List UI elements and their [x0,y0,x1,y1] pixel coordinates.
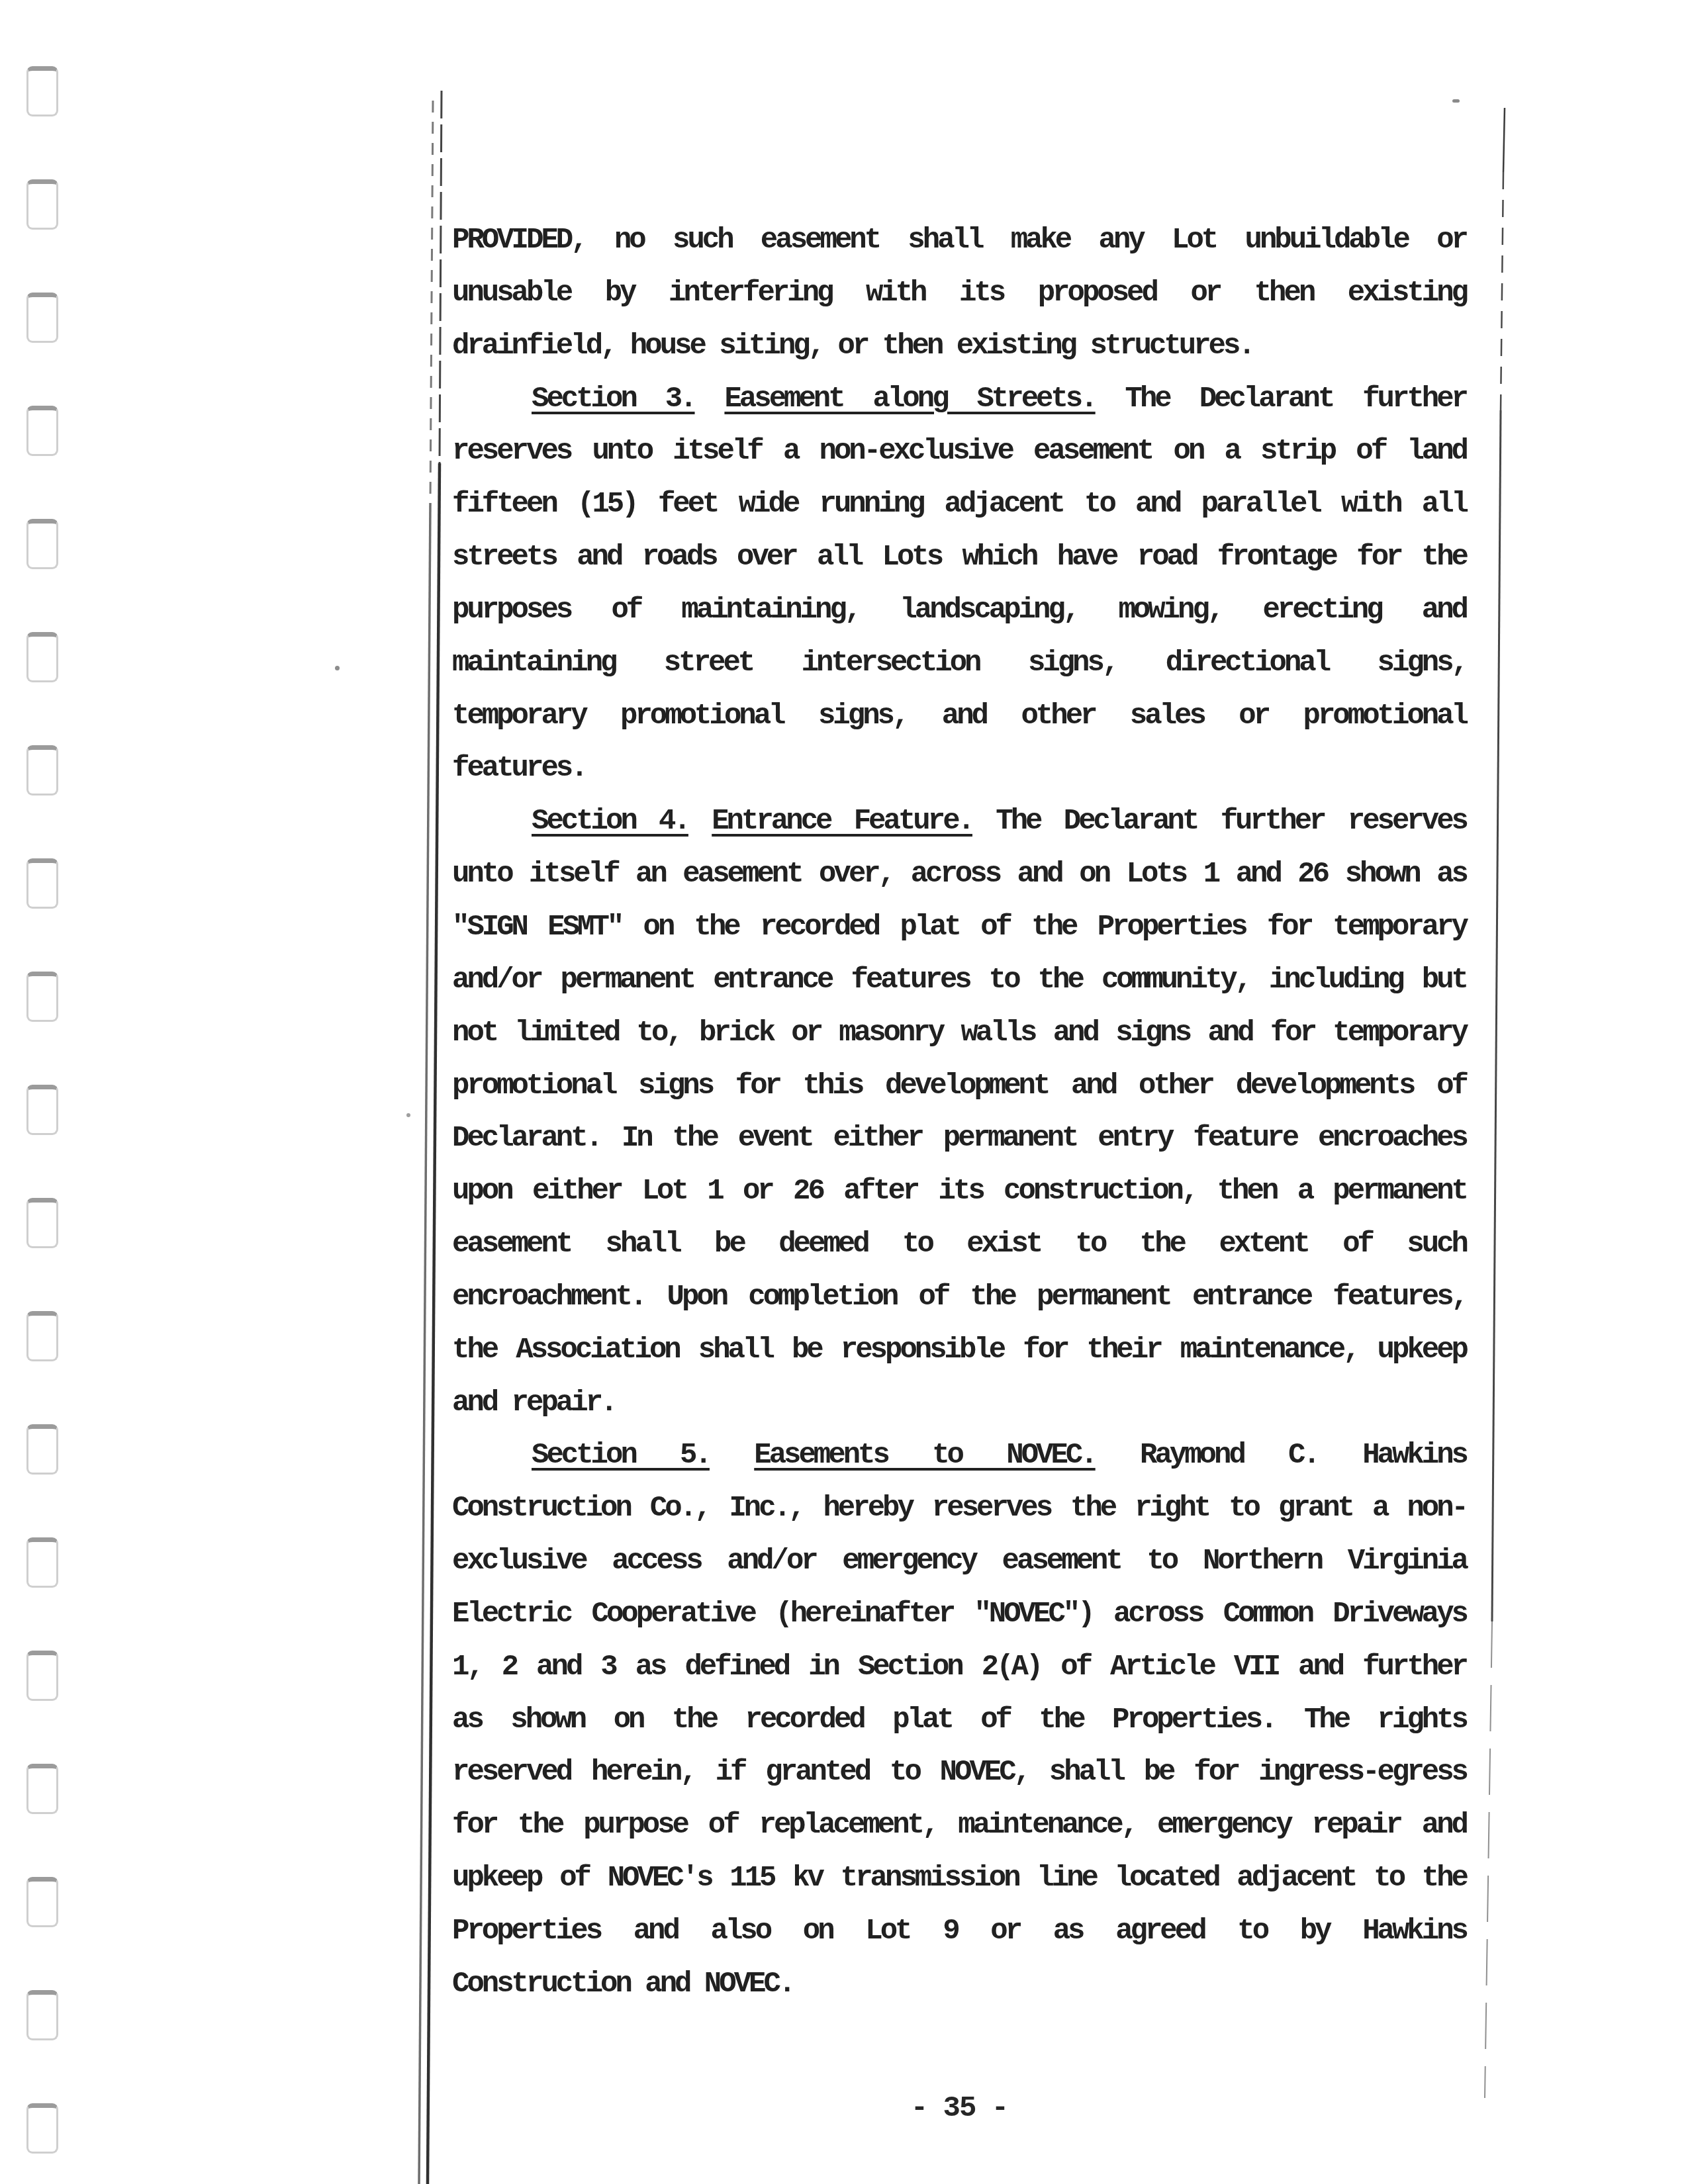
text-line: Properties and also on Lot 9 or as agree… [452,1905,1466,1958]
text-line: and/or permanent entrance features to th… [452,954,1466,1007]
text-line: and repair. [452,1377,1466,1430]
document-page: PROVIDED, no such easement shall make an… [0,0,1688,2184]
underlined-heading-text: Section 3. [532,383,695,416]
text-line: encroachment. Upon completion of the per… [452,1271,1466,1324]
text-line: fifteen (15) feet wide running adjacent … [452,478,1466,531]
underlined-heading-text: Section 4. [532,805,688,838]
binder-hole [26,2103,58,2154]
text-line: streets and roads over all Lots which ha… [452,531,1466,584]
text-line: Declarant. In the event either permanent… [452,1113,1466,1165]
binder-hole [26,1877,58,1927]
heading-text: The Declarant further [1096,383,1466,416]
text-line: promotional signs for this development a… [452,1060,1466,1113]
underlined-heading-text: Easements to NOVEC. [754,1439,1095,1472]
binder-hole [26,1085,58,1135]
binder-hole [26,66,58,116]
binder-hole [26,632,58,682]
text-line: reserved herein, if granted to NOVEC, sh… [452,1747,1466,1799]
binder-hole [26,1990,58,2040]
text-line: upon either Lot 1 or 26 after its constr… [452,1165,1466,1218]
binder-hole [26,1764,58,1814]
heading-text: Raymond C. Hawkins [1096,1439,1466,1472]
document-body: PROVIDED, no such easement shall make an… [452,214,1466,2011]
text-line: not limited to, brick or masonry walls a… [452,1007,1466,1060]
text-line: Construction and NOVEC. [452,1958,1466,2011]
section-heading-line: Section 3. Easement along Streets. The D… [452,373,1466,426]
text-line: "SIGN ESMT" on the recorded plat of the … [452,901,1466,954]
scan-speckle [406,1113,410,1117]
page-number: - 35 - [452,2082,1466,2135]
heading-text [688,805,712,838]
section-heading-line: Section 4. Entrance Feature. The Declara… [452,796,1466,848]
binder-hole [26,745,58,796]
text-line: Electric Cooperative (hereinafter "NOVEC… [452,1588,1466,1641]
binder-hole [26,1537,58,1588]
scan-speckle [335,666,340,670]
binder-hole [26,293,58,343]
text-line: Construction Co., Inc., hereby reserves … [452,1482,1466,1535]
heading-text [710,1439,754,1472]
text-line: the Association shall be responsible for… [452,1324,1466,1377]
binder-hole [26,1311,58,1361]
text-line: drainfield, house siting, or then existi… [452,320,1466,373]
binder-hole [26,519,58,569]
binder-hole [26,406,58,456]
text-line: maintaining street intersection signs, d… [452,637,1466,690]
text-line: as shown on the recorded plat of the Pro… [452,1694,1466,1747]
binder-holes [0,0,79,2184]
binder-hole [26,1651,58,1701]
binder-hole [26,858,58,909]
text-line: features. [452,743,1466,796]
underlined-heading-text: Easement along Streets. [724,383,1095,416]
text-line: unto itself an easement over, across and… [452,848,1466,901]
text-line: for the purpose of replacement, maintena… [452,1799,1466,1852]
text-line: 1, 2 and 3 as defined in Section 2(A) of… [452,1641,1466,1694]
binder-hole [26,179,58,230]
binder-hole [26,1424,58,1475]
underlined-heading-text: Section 5. [532,1439,710,1472]
text-line: temporary promotional signs, and other s… [452,690,1466,743]
section-heading-line: Section 5. Easements to NOVEC. Raymond C… [452,1430,1466,1482]
heading-text: The Declarant further reserves [972,805,1466,838]
underlined-heading-text: Entrance Feature. [712,805,972,838]
text-line: upkeep of NOVEC's 115 kv transmission li… [452,1852,1466,1905]
scan-speckle [1452,99,1460,103]
text-line: exclusive access and/or emergency easeme… [452,1535,1466,1588]
heading-text [695,383,725,416]
text-line: PROVIDED, no such easement shall make an… [452,214,1466,267]
binder-hole [26,972,58,1022]
text-line: easement shall be deemed to exist to the… [452,1218,1466,1271]
binder-hole [26,1198,58,1248]
text-line: unusable by interfering with its propose… [452,267,1466,320]
text-line: reserves unto itself a non-exclusive eas… [452,426,1466,478]
text-line: purposes of maintaining, landscaping, mo… [452,584,1466,637]
